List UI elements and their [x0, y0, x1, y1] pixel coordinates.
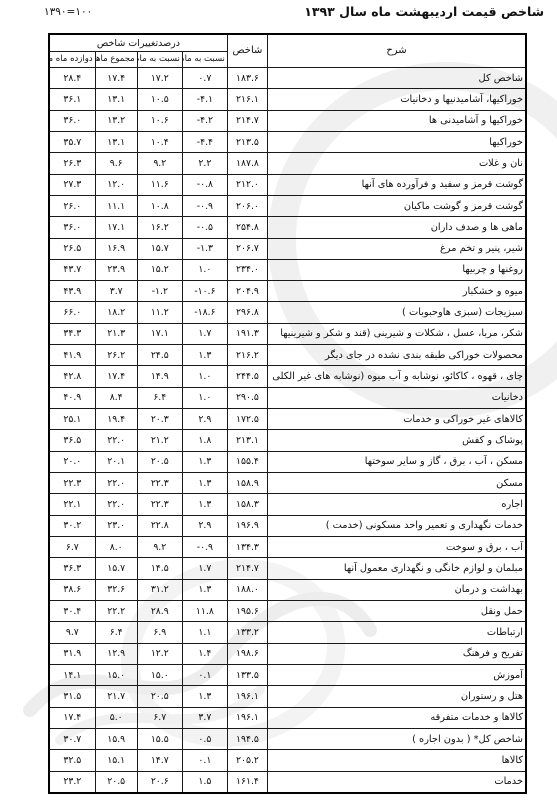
index-cell: ۲۱۶.۲ — [227, 345, 267, 366]
mom-cell: ۱.۳ — [182, 451, 227, 472]
desc-cell: خوراکیها — [267, 131, 526, 152]
mom-cell: ۱.۱ — [182, 622, 227, 643]
ytd-cell: ۳۲.۶ — [95, 579, 137, 600]
desc-cell: دخانیات — [267, 387, 526, 408]
yoy-cell: ۱۵.۰ — [137, 665, 182, 686]
mom-cell: ۰.۷ — [182, 67, 227, 88]
twelve-cell: ۴۳.۷ — [49, 259, 95, 280]
table-row: مسکن۱۵۸.۹۱.۳۲۲.۳۲۲.۰۲۲.۳ — [49, 473, 526, 494]
twelve-cell: ۲۲.۱ — [49, 494, 95, 515]
yoy-cell: ۲۲.۸ — [137, 515, 182, 536]
table-row: حمل ونقل۱۹۵.۶۱۱.۸۲۸.۹۲۲.۲۳۰.۴ — [49, 601, 526, 622]
desc-cell: هتل و رستوران — [267, 686, 526, 707]
index-cell: ۱۶۱.۴ — [227, 771, 267, 793]
desc-cell: شکر، مربا، عسل ، شکلات و شیرینی (قند و ش… — [267, 323, 526, 344]
twelve-cell: ۶۶.۰ — [49, 302, 95, 323]
mom-cell: -۴.۲ — [182, 110, 227, 131]
twelve-cell: ۳۱.۹ — [49, 643, 95, 664]
col-header-mom: نسبت به ماه قبل — [182, 52, 227, 68]
twelve-cell: ۲۶.۵ — [49, 238, 95, 259]
twelve-cell: ۳۶.۱ — [49, 89, 95, 110]
ytd-cell: ۱۲.۰ — [95, 174, 137, 195]
desc-cell: کالاهای غیر خوراکی و خدمات — [267, 409, 526, 430]
table-header: شرح شاخص درصدتغییرات شاخص نسبت به ماه قب… — [49, 34, 526, 67]
table-row: مسکن ، آب ، برق ، گاز و سایر سوختها۱۵۵.۴… — [49, 451, 526, 472]
ytd-cell: ۲۳.۰ — [95, 515, 137, 536]
mom-cell: -۴.۴ — [182, 131, 227, 152]
ytd-cell: ۱۶.۹ — [95, 238, 137, 259]
table-row: گوشت قرمز و گوشت ماکیان۲۰۶.۰-۰.۹۱۰.۸۱۱.۱… — [49, 195, 526, 216]
mom-cell: ۱.۰ — [182, 387, 227, 408]
table-row: خدمات۱۶۱.۴۱.۵۲۰.۶۲۰.۵۲۳.۲ — [49, 771, 526, 793]
ytd-cell: ۱۷.۴ — [95, 366, 137, 387]
table-row: محصولات خوراکی طبقه بندی نشده در جای دیگ… — [49, 345, 526, 366]
yoy-cell: ۹.۲ — [137, 537, 182, 558]
ytd-cell: ۲۰.۱ — [95, 451, 137, 472]
mom-cell: ۱.۳ — [182, 579, 227, 600]
ytd-cell: ۱۱.۱ — [95, 195, 137, 216]
mom-cell: -۰.۹ — [182, 195, 227, 216]
mom-cell: ۱.۴ — [182, 643, 227, 664]
desc-cell: گوشت قرمز و گوشت ماکیان — [267, 195, 526, 216]
mom-cell: ۱.۳ — [182, 345, 227, 366]
table-row: هتل و رستوران۱۹۶.۱۱.۳۲۰.۵۲۱.۷۳۱.۵ — [49, 686, 526, 707]
index-cell: ۲۱۴.۷ — [227, 558, 267, 579]
yoy-cell: ۲۴.۵ — [137, 345, 182, 366]
ytd-cell: ۱۳.۲ — [95, 110, 137, 131]
mom-cell: ۱.۳ — [182, 686, 227, 707]
mom-cell: ۰.۵ — [182, 729, 227, 750]
desc-cell: نان و غلات — [267, 153, 526, 174]
table-row: چای ، قهوه ، کاکائو، نوشابه و آب میوه (ن… — [49, 366, 526, 387]
twelve-cell: ۲۰.۰ — [49, 451, 95, 472]
desc-cell: آموزش — [267, 665, 526, 686]
index-cell: ۱۵۸.۹ — [227, 473, 267, 494]
yoy-cell: ۱۷.۱ — [137, 323, 182, 344]
index-cell: ۲۱۲.۰ — [227, 174, 267, 195]
mom-cell: ۱.۸ — [182, 430, 227, 451]
yoy-cell: ۲۰.۵ — [137, 686, 182, 707]
index-cell: ۲۱۶.۱ — [227, 89, 267, 110]
ytd-cell: ۲۲.۰ — [95, 494, 137, 515]
ytd-cell: ۹.۶ — [95, 153, 137, 174]
document-page: ۱۳۹۰=۱۰۰ شاخص قیمت اردیبهشت ماه سال ۱۳۹۳… — [0, 0, 557, 800]
index-cell: ۱۹۵.۶ — [227, 601, 267, 622]
yoy-cell: ۲۲.۳ — [137, 473, 182, 494]
index-cell: ۱۵۵.۴ — [227, 451, 267, 472]
index-cell: ۱۹۶.۱ — [227, 707, 267, 728]
yoy-cell: ۹.۲ — [137, 153, 182, 174]
desc-cell: خوراکیها و آشامیدنی ها — [267, 110, 526, 131]
yoy-cell: ۶.۴ — [137, 387, 182, 408]
ytd-cell: ۱۷.۱ — [95, 217, 137, 238]
mom-cell: -۴.۱ — [182, 89, 227, 110]
ytd-cell: ۸.۴ — [95, 387, 137, 408]
mom-cell: ۳.۷ — [182, 707, 227, 728]
desc-cell: شاخص کل* ( بدون اجاره ) — [267, 729, 526, 750]
twelve-cell: ۲۶.۰ — [49, 195, 95, 216]
twelve-cell: ۳۰.۴ — [49, 601, 95, 622]
table-row: خوراکیها و آشامیدنی ها۲۱۴.۷-۴.۲۱۰.۶۱۳.۲۳… — [49, 110, 526, 131]
twelve-cell: ۴۰.۹ — [49, 387, 95, 408]
desc-cell: آب ، برق و سوخت — [267, 537, 526, 558]
index-cell: ۱۳۴.۳ — [227, 537, 267, 558]
index-cell: ۲۱۳.۵ — [227, 131, 267, 152]
desc-cell: حمل ونقل — [267, 601, 526, 622]
ytd-cell: ۶.۴ — [95, 622, 137, 643]
mom-cell: ۱.۳ — [182, 494, 227, 515]
yoy-cell: ۶.۷ — [137, 707, 182, 728]
index-cell: ۲۳۴.۰ — [227, 259, 267, 280]
twelve-cell: ۴۲.۸ — [49, 366, 95, 387]
twelve-cell: ۳۶.۰ — [49, 110, 95, 131]
desc-cell: گوشت قرمز و سفید و فرآورده های آنها — [267, 174, 526, 195]
ytd-cell: ۵.۰ — [95, 707, 137, 728]
ytd-cell: ۲۳.۹ — [95, 259, 137, 280]
ytd-cell: ۱۵.۷ — [95, 558, 137, 579]
index-cell: ۲۰۶.۰ — [227, 195, 267, 216]
ytd-cell: ۱۳.۱ — [95, 89, 137, 110]
yoy-cell: ۱۰.۸ — [137, 195, 182, 216]
ytd-cell: ۸.۰ — [95, 537, 137, 558]
desc-cell: میوه و خشکبار — [267, 281, 526, 302]
yoy-cell: ۱۱.۲ — [137, 302, 182, 323]
yoy-cell: ۱۰.۶ — [137, 110, 182, 131]
desc-cell: اجاره — [267, 494, 526, 515]
ytd-cell: ۲۲.۰ — [95, 473, 137, 494]
desc-cell: مسکن ، آب ، برق ، گاز و سایر سوختها — [267, 451, 526, 472]
desc-cell: شیر، پنیر و تخم مرغ — [267, 238, 526, 259]
twelve-cell: ۳۶.۵ — [49, 430, 95, 451]
index-cell: ۲۰۴.۹ — [227, 281, 267, 302]
col-header-desc: شرح — [267, 34, 526, 67]
table-row: کالاها و خدمات متفرقه۱۹۶.۱۳.۷۶.۷۵.۰۱۷.۴ — [49, 707, 526, 728]
index-cell: ۱۵۸.۳ — [227, 494, 267, 515]
table-row: مبلمان و لوازم خانگی و نگهداری معمول آنه… — [49, 558, 526, 579]
index-cell: ۲۹۶.۸ — [227, 302, 267, 323]
index-cell: ۲۵۴.۸ — [227, 217, 267, 238]
desc-cell: خدمات نگهداری و تعمیر واحد مسکونی (خدمت … — [267, 515, 526, 536]
yoy-cell: ۱۶.۲ — [137, 217, 182, 238]
mom-cell: -۰.۵ — [182, 217, 227, 238]
twelve-cell: ۹.۷ — [49, 622, 95, 643]
yoy-cell: ۳۱.۲ — [137, 579, 182, 600]
ytd-cell: ۱۹.۴ — [95, 409, 137, 430]
index-cell: ۲۰۶.۷ — [227, 238, 267, 259]
mom-cell: ۱.۰ — [182, 259, 227, 280]
mom-cell: ۱.۰ — [182, 366, 227, 387]
table-row: بهداشت و درمان۱۸۸.۰۱.۳۳۱.۲۳۲.۶۳۸.۶ — [49, 579, 526, 600]
yoy-cell: ۱۴.۵ — [137, 558, 182, 579]
table-row: ماهی ها و صدف داران۲۵۴.۸-۰.۵۱۶.۲۱۷.۱۳۶.۰ — [49, 217, 526, 238]
yoy-cell: ۲۰.۶ — [137, 771, 182, 793]
ytd-cell: ۲۶.۲ — [95, 345, 137, 366]
twelve-cell: ۲۲.۳ — [49, 473, 95, 494]
col-header-ytd: مجموع ماههای منتهی به ماه جاری نسبت به د… — [95, 52, 137, 68]
ytd-cell: ۳.۷ — [95, 281, 137, 302]
desc-cell: کالاها — [267, 750, 526, 771]
mom-cell: ۱.۷ — [182, 323, 227, 344]
twelve-cell: ۱۴.۱ — [49, 665, 95, 686]
table-row: تفریح و فرهنگ۱۹۸.۶۱.۴۱۲.۲۱۲.۹۳۱.۹ — [49, 643, 526, 664]
index-cell: ۲۱۳.۱ — [227, 430, 267, 451]
yoy-cell: ۱۰.۵ — [137, 89, 182, 110]
mom-cell: -۱۰.۶ — [182, 281, 227, 302]
index-cell: ۱۸۸.۰ — [227, 579, 267, 600]
index-cell: ۱۹۶.۹ — [227, 515, 267, 536]
yoy-cell: ۲۰.۵ — [137, 451, 182, 472]
desc-cell: بهداشت و درمان — [267, 579, 526, 600]
twelve-cell: ۲۶.۳ — [49, 153, 95, 174]
index-cell: ۱۹۱.۳ — [227, 323, 267, 344]
yoy-cell: ۱۷.۲ — [137, 67, 182, 88]
index-cell: ۱۹۶.۱ — [227, 686, 267, 707]
index-cell: ۲۱۴.۷ — [227, 110, 267, 131]
header-row-top: شرح شاخص درصدتغییرات شاخص — [49, 34, 526, 52]
twelve-cell: ۳۶.۳ — [49, 558, 95, 579]
desc-cell: خوراکیها، آشامیدنیها و دخانیات — [267, 89, 526, 110]
yoy-cell: ۶.۹ — [137, 622, 182, 643]
table-row: خوراکیها، آشامیدنیها و دخانیات۲۱۶.۱-۴.۱۱… — [49, 89, 526, 110]
col-header-pct-changes: درصدتغییرات شاخص — [49, 34, 227, 52]
mom-cell: ۲.۲ — [182, 153, 227, 174]
desc-cell: پوشاک و کفش — [267, 430, 526, 451]
yoy-cell: ۲۰.۳ — [137, 409, 182, 430]
twelve-cell: ۳۰.۲ — [49, 515, 95, 536]
price-index-table: شرح شاخص درصدتغییرات شاخص نسبت به ماه قب… — [48, 33, 527, 794]
yoy-cell: ۱۵.۵ — [137, 729, 182, 750]
table-row: کالاهای غیر خوراکی و خدمات۱۷۲.۵۲.۹۲۰.۳۱۹… — [49, 409, 526, 430]
twelve-cell: ۱۷.۴ — [49, 707, 95, 728]
desc-cell: ارتباطات — [267, 622, 526, 643]
title-bar: ۱۳۹۰=۱۰۰ شاخص قیمت اردیبهشت ماه سال ۱۳۹۳ — [0, 2, 557, 28]
desc-cell: تفریح و فرهنگ — [267, 643, 526, 664]
table-row: ارتباطات۱۳۳.۲۱.۱۶.۹۶.۴۹.۷ — [49, 622, 526, 643]
mom-cell: ۰.۱ — [182, 750, 227, 771]
mom-cell: ۱.۳ — [182, 473, 227, 494]
table-row: سبزیجات (سبزی هاوحبوبات )۲۹۶.۸-۱۸.۶۱۱.۲۱… — [49, 302, 526, 323]
ytd-cell: ۱۷.۴ — [95, 67, 137, 88]
twelve-cell: ۲۸.۴ — [49, 67, 95, 88]
twelve-cell: ۳۱.۵ — [49, 686, 95, 707]
yoy-cell: ۱۲.۲ — [137, 643, 182, 664]
index-cell: ۱۸۳.۶ — [227, 67, 267, 88]
ytd-cell: ۱۲.۹ — [95, 643, 137, 664]
col-header-yoy: نسبت به ماه مشابه سال قبل — [137, 52, 182, 68]
twelve-cell: ۳۵.۷ — [49, 131, 95, 152]
mom-cell: ۱.۷ — [182, 558, 227, 579]
mom-cell: -۰.۸ — [182, 174, 227, 195]
twelve-cell: ۳۶.۰ — [49, 217, 95, 238]
col-header-twelve-month: دوازده ماه منتهی به ماه جاری نسبت به دور… — [49, 52, 95, 68]
table-row: نان و غلات۱۸۷.۸۲.۲۹.۲۹.۶۲۶.۳ — [49, 153, 526, 174]
index-cell: ۲۰۵.۲ — [227, 750, 267, 771]
yoy-cell: -۱.۲ — [137, 281, 182, 302]
table-row: شکر، مربا، عسل ، شکلات و شیرینی (قند و ش… — [49, 323, 526, 344]
ytd-cell: ۱۵.۹ — [95, 729, 137, 750]
yoy-cell: ۲۲.۳ — [137, 494, 182, 515]
index-cell: ۲۴۴.۵ — [227, 366, 267, 387]
ytd-cell: ۲۱.۷ — [95, 686, 137, 707]
yoy-cell: ۱۴.۷ — [137, 750, 182, 771]
col-header-index: شاخص — [227, 34, 267, 67]
ytd-cell: ۱۳.۱ — [95, 131, 137, 152]
desc-cell: مبلمان و لوازم خانگی و نگهداری معمول آنه… — [267, 558, 526, 579]
yoy-cell: ۱۴.۹ — [137, 366, 182, 387]
twelve-cell: ۶.۷ — [49, 537, 95, 558]
ytd-cell: ۱۵.۱ — [95, 750, 137, 771]
table-row: کالاها۲۰۵.۲۰.۱۱۴.۷۱۵.۱۳۲.۵ — [49, 750, 526, 771]
mom-cell: -۰.۹ — [182, 537, 227, 558]
table-row: دخانیات۲۹۰.۵۱.۰۶.۴۸.۴۴۰.۹ — [49, 387, 526, 408]
twelve-cell: ۳۸.۶ — [49, 579, 95, 600]
desc-cell: روغنها و چربیها — [267, 259, 526, 280]
table-row: خدمات نگهداری و تعمیر واحد مسکونی (خدمت … — [49, 515, 526, 536]
table-body: شاخص کل۱۸۳.۶۰.۷۱۷.۲۱۷.۴۲۸.۴خوراکیها، آشا… — [49, 67, 526, 793]
mom-cell: ۱.۵ — [182, 771, 227, 793]
mom-cell: ۰.۱ — [182, 665, 227, 686]
twelve-cell: ۴۱.۹ — [49, 345, 95, 366]
ytd-cell: ۲۰.۵ — [95, 771, 137, 793]
table-row: خوراکیها۲۱۳.۵-۴.۴۱۰.۴۱۳.۱۳۵.۷ — [49, 131, 526, 152]
mom-cell: -۱۸.۶ — [182, 302, 227, 323]
twelve-cell: ۳۰.۷ — [49, 729, 95, 750]
page-title: شاخص قیمت اردیبهشت ماه سال ۱۳۹۳ — [304, 4, 544, 19]
twelve-cell: ۲۷.۳ — [49, 174, 95, 195]
mom-cell: -۱.۳ — [182, 238, 227, 259]
twelve-cell: ۴۳.۹ — [49, 281, 95, 302]
desc-cell: ماهی ها و صدف داران — [267, 217, 526, 238]
yoy-cell: ۱۵.۲ — [137, 259, 182, 280]
table-row: شاخص کل* ( بدون اجاره )۱۹۴.۵۰.۵۱۵.۵۱۵.۹۳… — [49, 729, 526, 750]
desc-cell: کالاها و خدمات متفرقه — [267, 707, 526, 728]
table-row: گوشت قرمز و سفید و فرآورده های آنها۲۱۲.۰… — [49, 174, 526, 195]
twelve-cell: ۳۲.۵ — [49, 750, 95, 771]
index-cell: ۱۳۳.۵ — [227, 665, 267, 686]
desc-cell: شاخص کل — [267, 67, 526, 88]
desc-cell: سبزیجات (سبزی هاوحبوبات ) — [267, 302, 526, 323]
table-row: شیر، پنیر و تخم مرغ۲۰۶.۷-۱.۳۱۵.۷۱۶.۹۲۶.۵ — [49, 238, 526, 259]
ytd-cell: ۲۲.۰ — [95, 430, 137, 451]
yoy-cell: ۲۸.۹ — [137, 601, 182, 622]
table-row: روغنها و چربیها۲۳۴.۰۱.۰۱۵.۲۲۳.۹۴۳.۷ — [49, 259, 526, 280]
desc-cell: مسکن — [267, 473, 526, 494]
table-row: آب ، برق و سوخت۱۳۴.۳-۰.۹۹.۲۸.۰۶.۷ — [49, 537, 526, 558]
yoy-cell: ۱۵.۷ — [137, 238, 182, 259]
table-row: پوشاک و کفش۲۱۳.۱۱.۸۲۱.۲۲۲.۰۳۶.۵ — [49, 430, 526, 451]
table-row: اجاره۱۵۸.۳۱.۳۲۲.۳۲۲.۰۲۲.۱ — [49, 494, 526, 515]
yoy-cell: ۲۱.۲ — [137, 430, 182, 451]
mom-cell: ۲.۹ — [182, 515, 227, 536]
table-row: آموزش۱۳۳.۵۰.۱۱۵.۰۱۵.۰۱۴.۱ — [49, 665, 526, 686]
mom-cell: ۲.۹ — [182, 409, 227, 430]
index-cell: ۲۹۰.۵ — [227, 387, 267, 408]
index-cell: ۱۷۲.۵ — [227, 409, 267, 430]
index-cell: ۱۹۸.۶ — [227, 643, 267, 664]
index-cell: ۱۳۳.۲ — [227, 622, 267, 643]
twelve-cell: ۲۵.۱ — [49, 409, 95, 430]
table-row: میوه و خشکبار۲۰۴.۹-۱۰.۶-۱.۲۳.۷۴۳.۹ — [49, 281, 526, 302]
table-row: شاخص کل۱۸۳.۶۰.۷۱۷.۲۱۷.۴۲۸.۴ — [49, 67, 526, 88]
index-cell: ۱۹۴.۵ — [227, 729, 267, 750]
base-year-note: ۱۳۹۰=۱۰۰ — [44, 6, 92, 18]
index-cell: ۱۸۷.۸ — [227, 153, 267, 174]
yoy-cell: ۱۱.۶ — [137, 174, 182, 195]
ytd-cell: ۲۲.۲ — [95, 601, 137, 622]
ytd-cell: ۲۱.۳ — [95, 323, 137, 344]
twelve-cell: ۲۳.۲ — [49, 771, 95, 793]
ytd-cell: ۱۵.۰ — [95, 665, 137, 686]
desc-cell: چای ، قهوه ، کاکائو، نوشابه و آب میوه (ن… — [267, 366, 526, 387]
yoy-cell: ۱۰.۴ — [137, 131, 182, 152]
desc-cell: خدمات — [267, 771, 526, 793]
twelve-cell: ۳۴.۳ — [49, 323, 95, 344]
desc-cell: محصولات خوراکی طبقه بندی نشده در جای دیگ… — [267, 345, 526, 366]
ytd-cell: ۱۸.۲ — [95, 302, 137, 323]
mom-cell: ۱۱.۸ — [182, 601, 227, 622]
